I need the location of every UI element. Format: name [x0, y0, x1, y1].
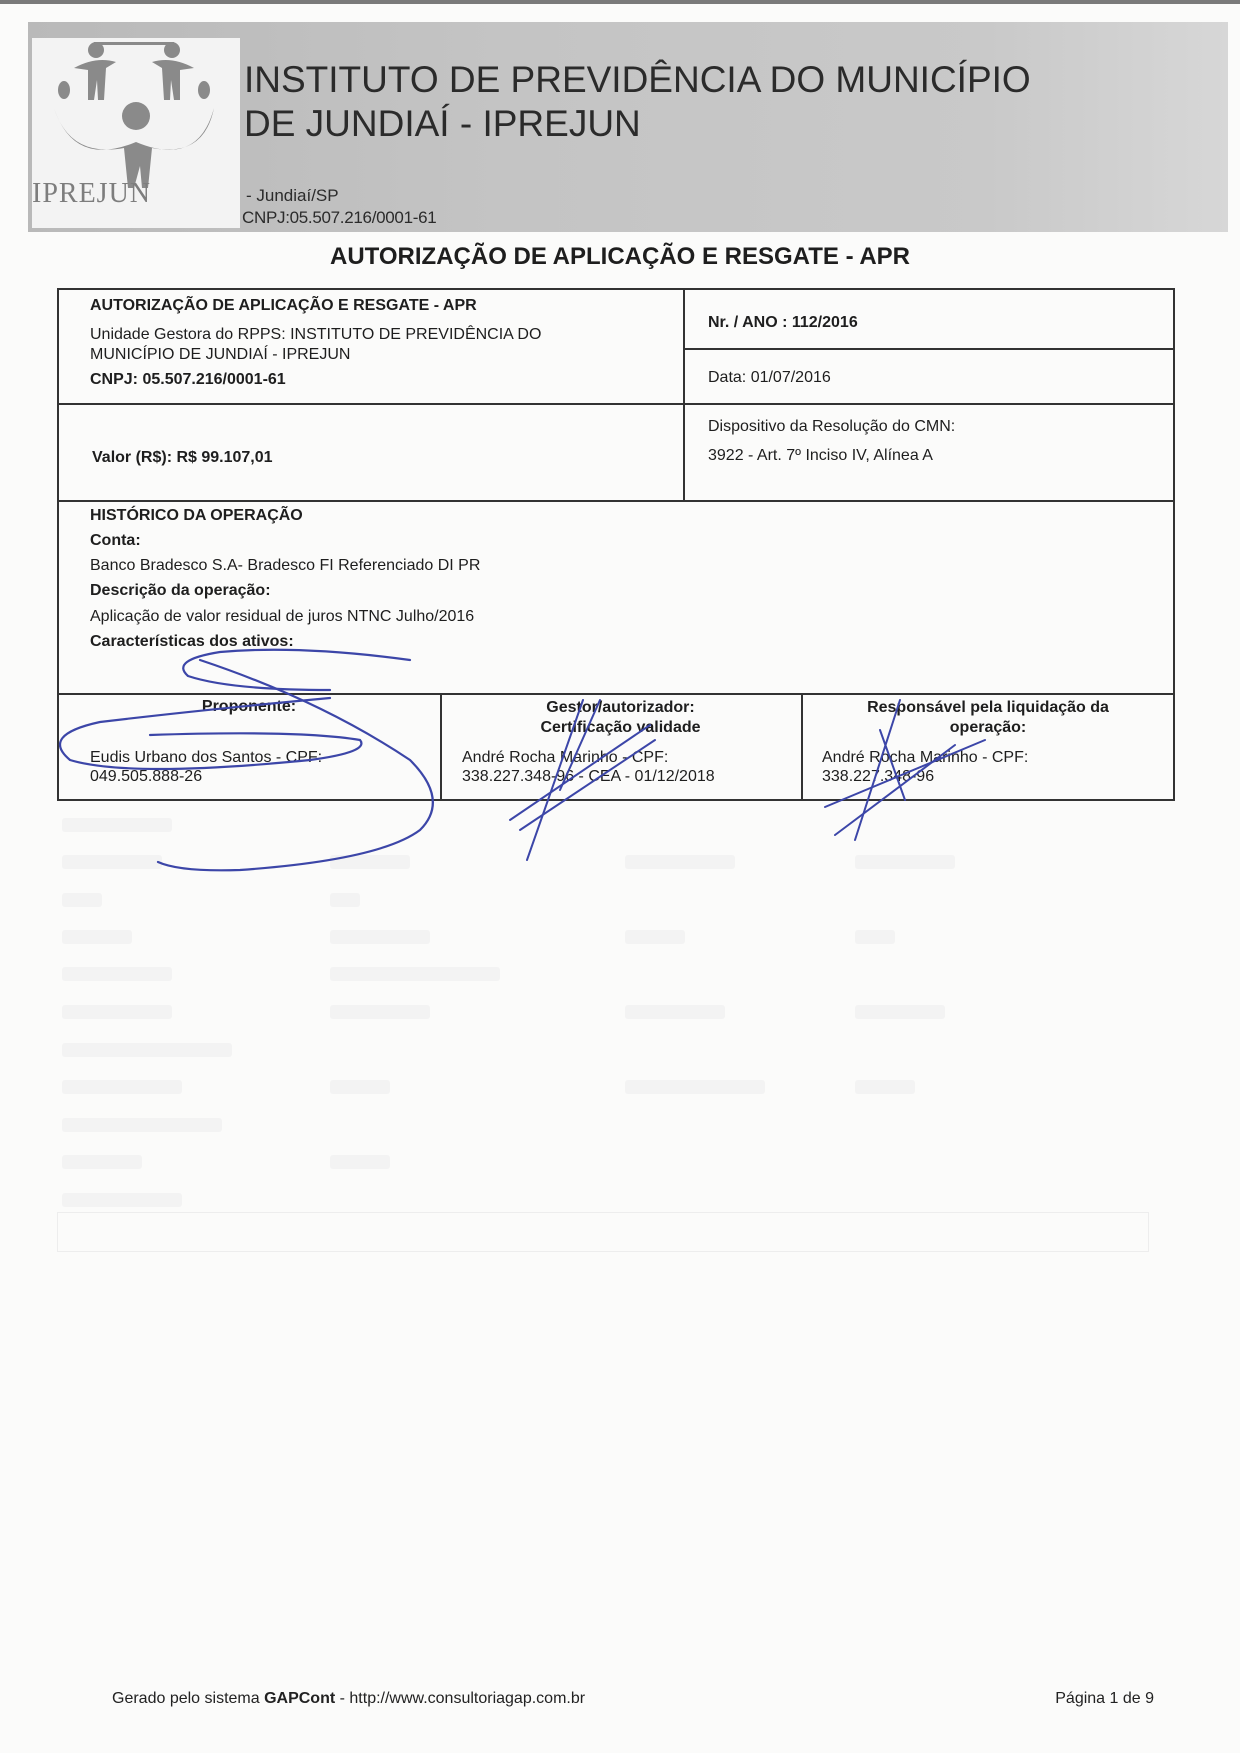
divider: [58, 693, 1174, 695]
signature-role-proponente: Proponente:: [60, 698, 438, 716]
footer-generated-by: Gerado pelo sistema GAPCont - http://www…: [112, 1690, 585, 1708]
document-title: AUTORIZAÇÃO DE APLICAÇÃO E RESGATE - APR: [0, 243, 1240, 271]
page-number: Página 1 de 9: [1055, 1690, 1154, 1708]
descricao-value: Aplicação de valor residual de juros NTN…: [90, 608, 474, 626]
form-cnpj: CNPJ: 05.507.216/0001-61: [90, 371, 286, 389]
historico-title: HISTÓRICO DA OPERAÇÃO: [90, 507, 303, 525]
conta-label: Conta:: [90, 532, 141, 550]
iprejun-logo: IPREJUN: [32, 38, 240, 228]
signature-role-gestor: Gestor/autorizador: Certificação validad…: [442, 698, 799, 738]
logo-wordmark: IPREJUN: [32, 178, 232, 210]
caracteristicas-label: Características dos ativos:: [90, 633, 294, 651]
scan-edge: [0, 0, 1240, 4]
form-date: Data: 01/07/2016: [708, 369, 831, 387]
organization-city: - Jundiaí/SP: [246, 186, 339, 206]
dispositivo-value: 3922 - Art. 7º Inciso IV, Alínea A: [708, 447, 933, 465]
numero-ano: Nr. / ANO : 112/2016: [708, 314, 858, 332]
divider: [58, 500, 1174, 502]
footer-system-name: GAPCont: [264, 1690, 335, 1707]
unidade-gestora: Unidade Gestora do RPPS: INSTITUTO DE PR…: [90, 325, 541, 365]
divider: [683, 348, 1174, 350]
signature-name-proponente: Eudis Urbano dos Santos - CPF: 049.505.8…: [90, 748, 322, 786]
descricao-label: Descrição da operação:: [90, 582, 271, 600]
signature-name-liquidacao: André Rocha Marinho - CPF: 338.227.348-9…: [822, 748, 1028, 786]
form-section-title: AUTORIZAÇÃO DE APLICAÇÃO E RESGATE - APR: [90, 297, 477, 315]
valor: Valor (R$): R$ 99.107,01: [92, 449, 273, 467]
conta-value: Banco Bradesco S.A- Bradesco FI Referenc…: [90, 557, 480, 575]
organization-name: INSTITUTO DE PREVIDÊNCIA DO MUNICÍPIO DE…: [244, 58, 1031, 146]
signature-name-gestor: André Rocha Marinho - CPF: 338.227.348-9…: [462, 748, 715, 786]
organization-cnpj: CNPJ:05.507.216/0001-61: [242, 208, 436, 228]
divider: [683, 289, 685, 502]
dispositivo-label: Dispositivo da Resolução do CMN:: [708, 418, 955, 436]
footer-link[interactable]: - http://www.consultoriagap.com.br: [335, 1690, 585, 1707]
signature-role-liquidacao: Responsável pela liquidação da operação:: [803, 698, 1173, 738]
divider: [58, 403, 1174, 405]
